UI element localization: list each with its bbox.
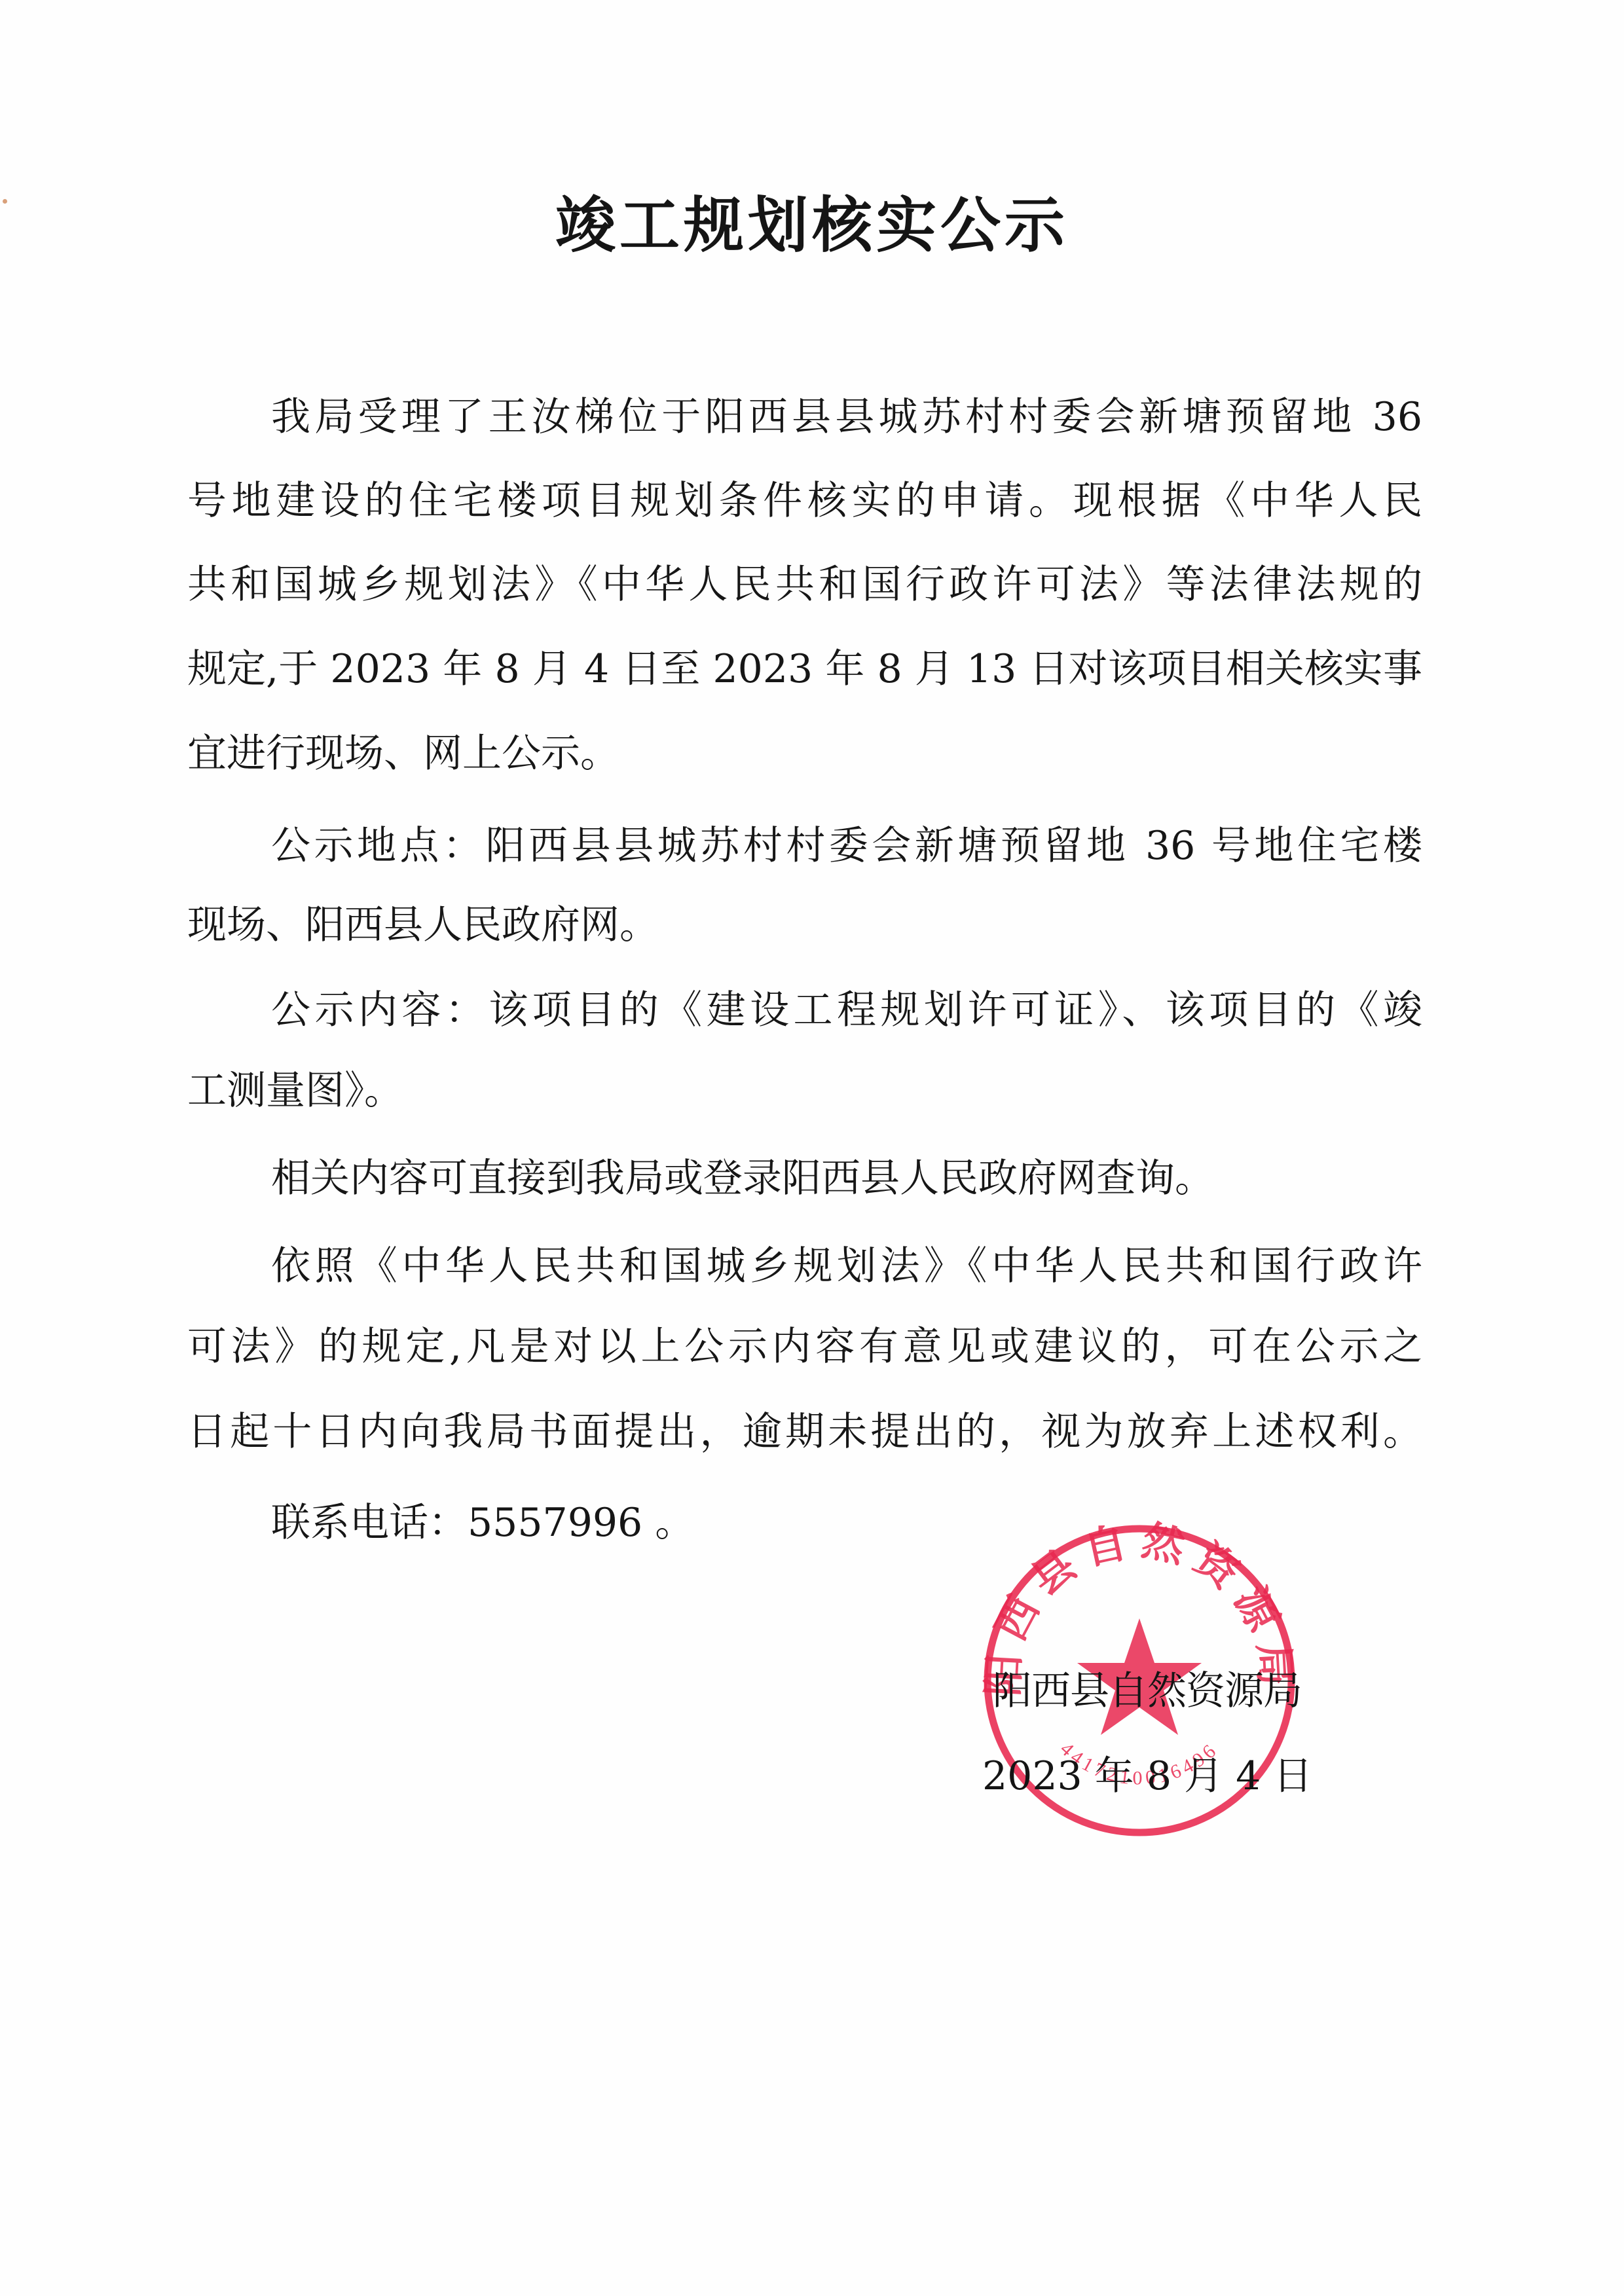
- paragraph-intro-line-3: 共和国城乡规划法》《中华人民共和国行政许可法》等法律法规的: [187, 555, 1422, 614]
- paragraph-content-line-1: 公示内容：该项目的《建设工程规划许可证》、该项目的《竣: [271, 981, 1422, 1040]
- paragraph-intro-line-1: 我局受理了王汝梯位于阳西县县城苏村村委会新塘预留地 36: [271, 388, 1422, 446]
- paragraph-intro-line-4: 规定,于 2023 年 8 月 4 日至 2023 年 8 月 13 日对该项目…: [187, 640, 1422, 699]
- paragraph-inquiry-line-1: 相关内容可直接到我局或登录阳西县人民政府网查询。: [271, 1149, 1422, 1208]
- signature-date: 2023 年 8 月 4 日: [982, 1747, 1312, 1806]
- document-title: 竣工规划核实公示: [0, 190, 1624, 262]
- document-page: 竣工规划核实公示 我局受理了王汝梯位于阳西县县城苏村村委会新塘预留地 36 号地…: [0, 0, 1624, 2296]
- paragraph-location-line-2: 现场、阳西县人民政府网。: [187, 896, 659, 955]
- paragraph-location-line-1: 公示地点：阳西县县城苏村村委会新塘预留地 36 号地住宅楼: [271, 816, 1422, 875]
- signature-organization: 阳西县自然资源局: [993, 1662, 1302, 1721]
- paragraph-intro-line-2: 号地建设的住宅楼项目规划条件核实的申请。现根据《中华人民: [187, 471, 1422, 530]
- paragraph-content-line-2: 工测量图》。: [187, 1061, 403, 1120]
- paragraph-intro-line-5: 宜进行现场、网上公示。: [187, 724, 619, 783]
- paragraph-objection-line-1: 依照《中华人民共和国城乡规划法》《中华人民共和国行政许: [271, 1237, 1422, 1296]
- paragraph-objection-line-3: 日起十日内向我局书面提出，逾期未提出的，视为放弃上述权利。: [187, 1402, 1422, 1461]
- paragraph-objection-line-2: 可法》的规定,凡是对以上公示内容有意见或建议的，可在公示之: [187, 1317, 1422, 1376]
